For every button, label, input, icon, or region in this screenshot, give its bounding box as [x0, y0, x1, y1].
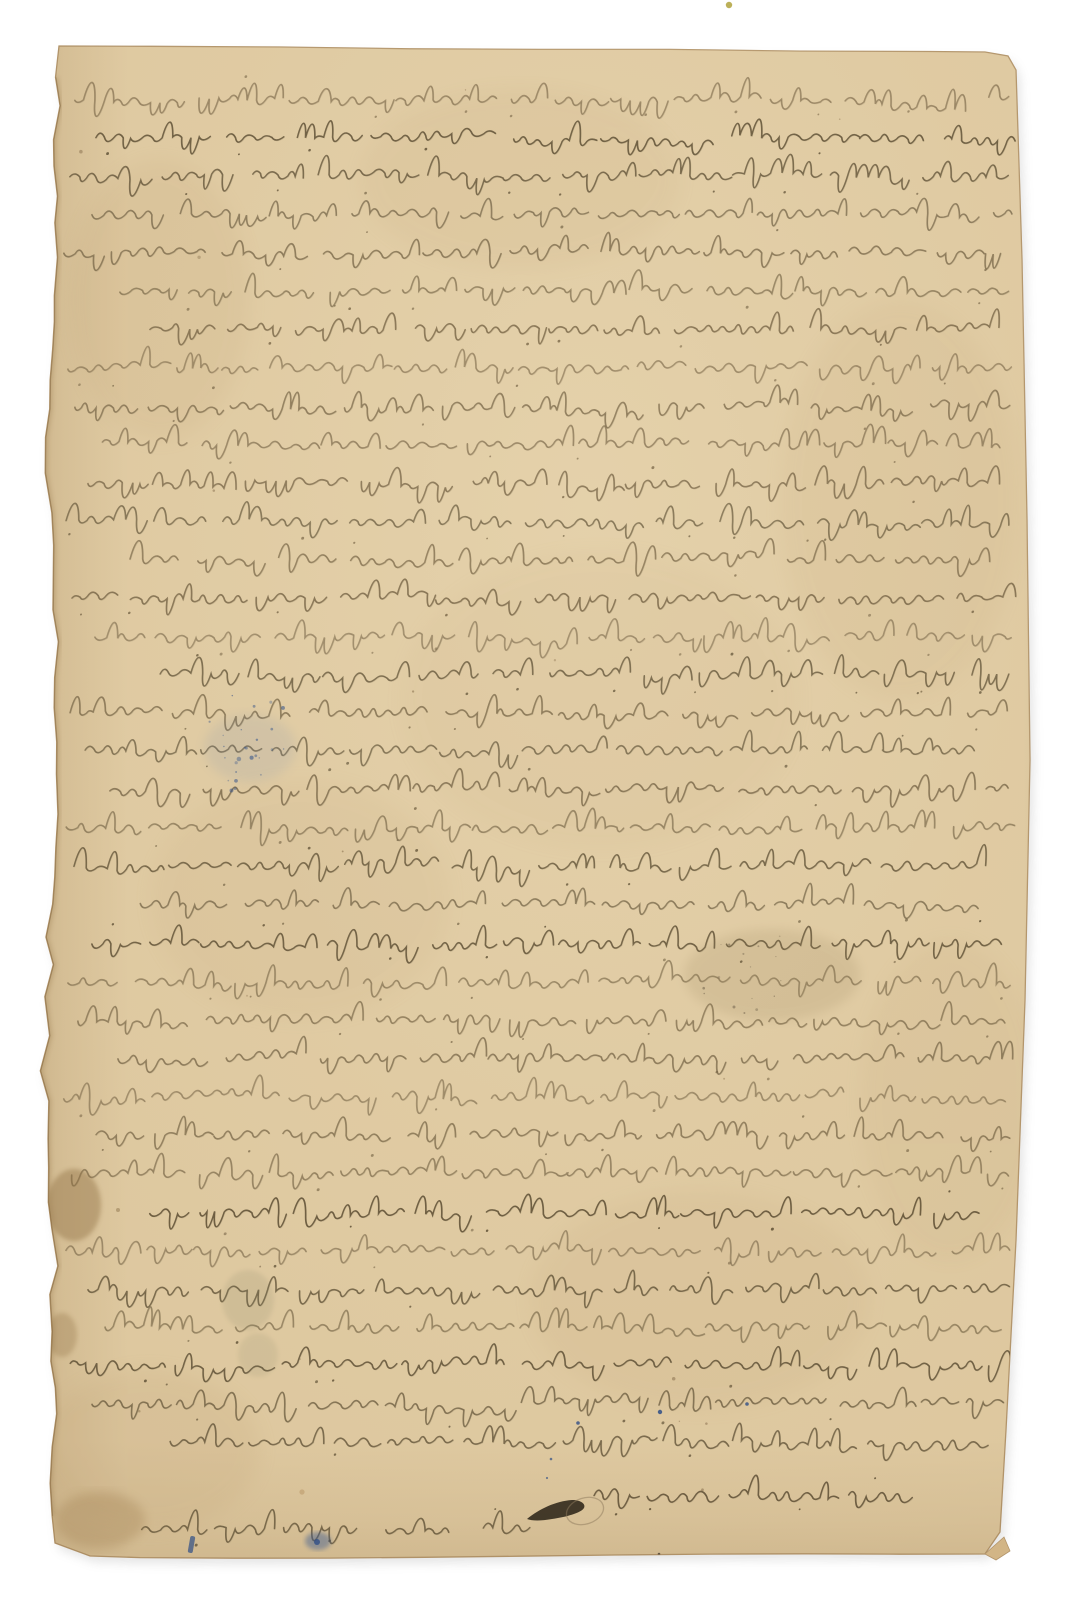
aging-patch	[360, 90, 680, 270]
paper-speck	[723, 1078, 725, 1080]
stain-layer-outside-paper	[726, 2, 732, 8]
grey-green-smudge	[222, 1270, 274, 1330]
paper-speck	[554, 659, 556, 661]
paper-speck	[246, 995, 248, 997]
paper-speck	[342, 850, 344, 852]
aging-patch	[780, 300, 1020, 700]
letter-scan-svg	[0, 0, 1066, 1600]
paper-speck	[839, 118, 841, 120]
foxing-dot-2	[116, 1208, 120, 1212]
olive-speck-top	[726, 2, 732, 8]
blue-speck-2	[658, 1410, 662, 1414]
scan-canvas	[0, 0, 1066, 1600]
grey-green-smudge-2	[238, 1333, 278, 1377]
blue-speck-5	[546, 1477, 548, 1479]
corner-stain	[55, 1492, 145, 1548]
aging-patch	[530, 1190, 870, 1410]
paper-speck	[213, 489, 216, 492]
aging-patch	[70, 160, 250, 440]
blue-haze	[204, 714, 296, 782]
paper-speck	[672, 1377, 676, 1381]
paper-speck	[465, 89, 466, 90]
paper-speck	[679, 1421, 680, 1422]
paper-speck	[79, 150, 83, 154]
edge-stain-brown	[47, 1169, 101, 1241]
paper-speck	[584, 1139, 586, 1141]
paper-speck	[197, 256, 200, 259]
foxing-dot-1	[299, 1489, 304, 1494]
blue-speck-3	[745, 1402, 749, 1406]
paper-speck	[701, 1488, 704, 1491]
paper-speck	[705, 1422, 708, 1425]
blue-smudge-core	[314, 1539, 320, 1545]
blue-speck-1	[576, 1421, 580, 1425]
grey-smudge	[684, 929, 860, 1021]
blue-speck-4	[550, 1458, 553, 1461]
paper-speck	[412, 690, 414, 692]
